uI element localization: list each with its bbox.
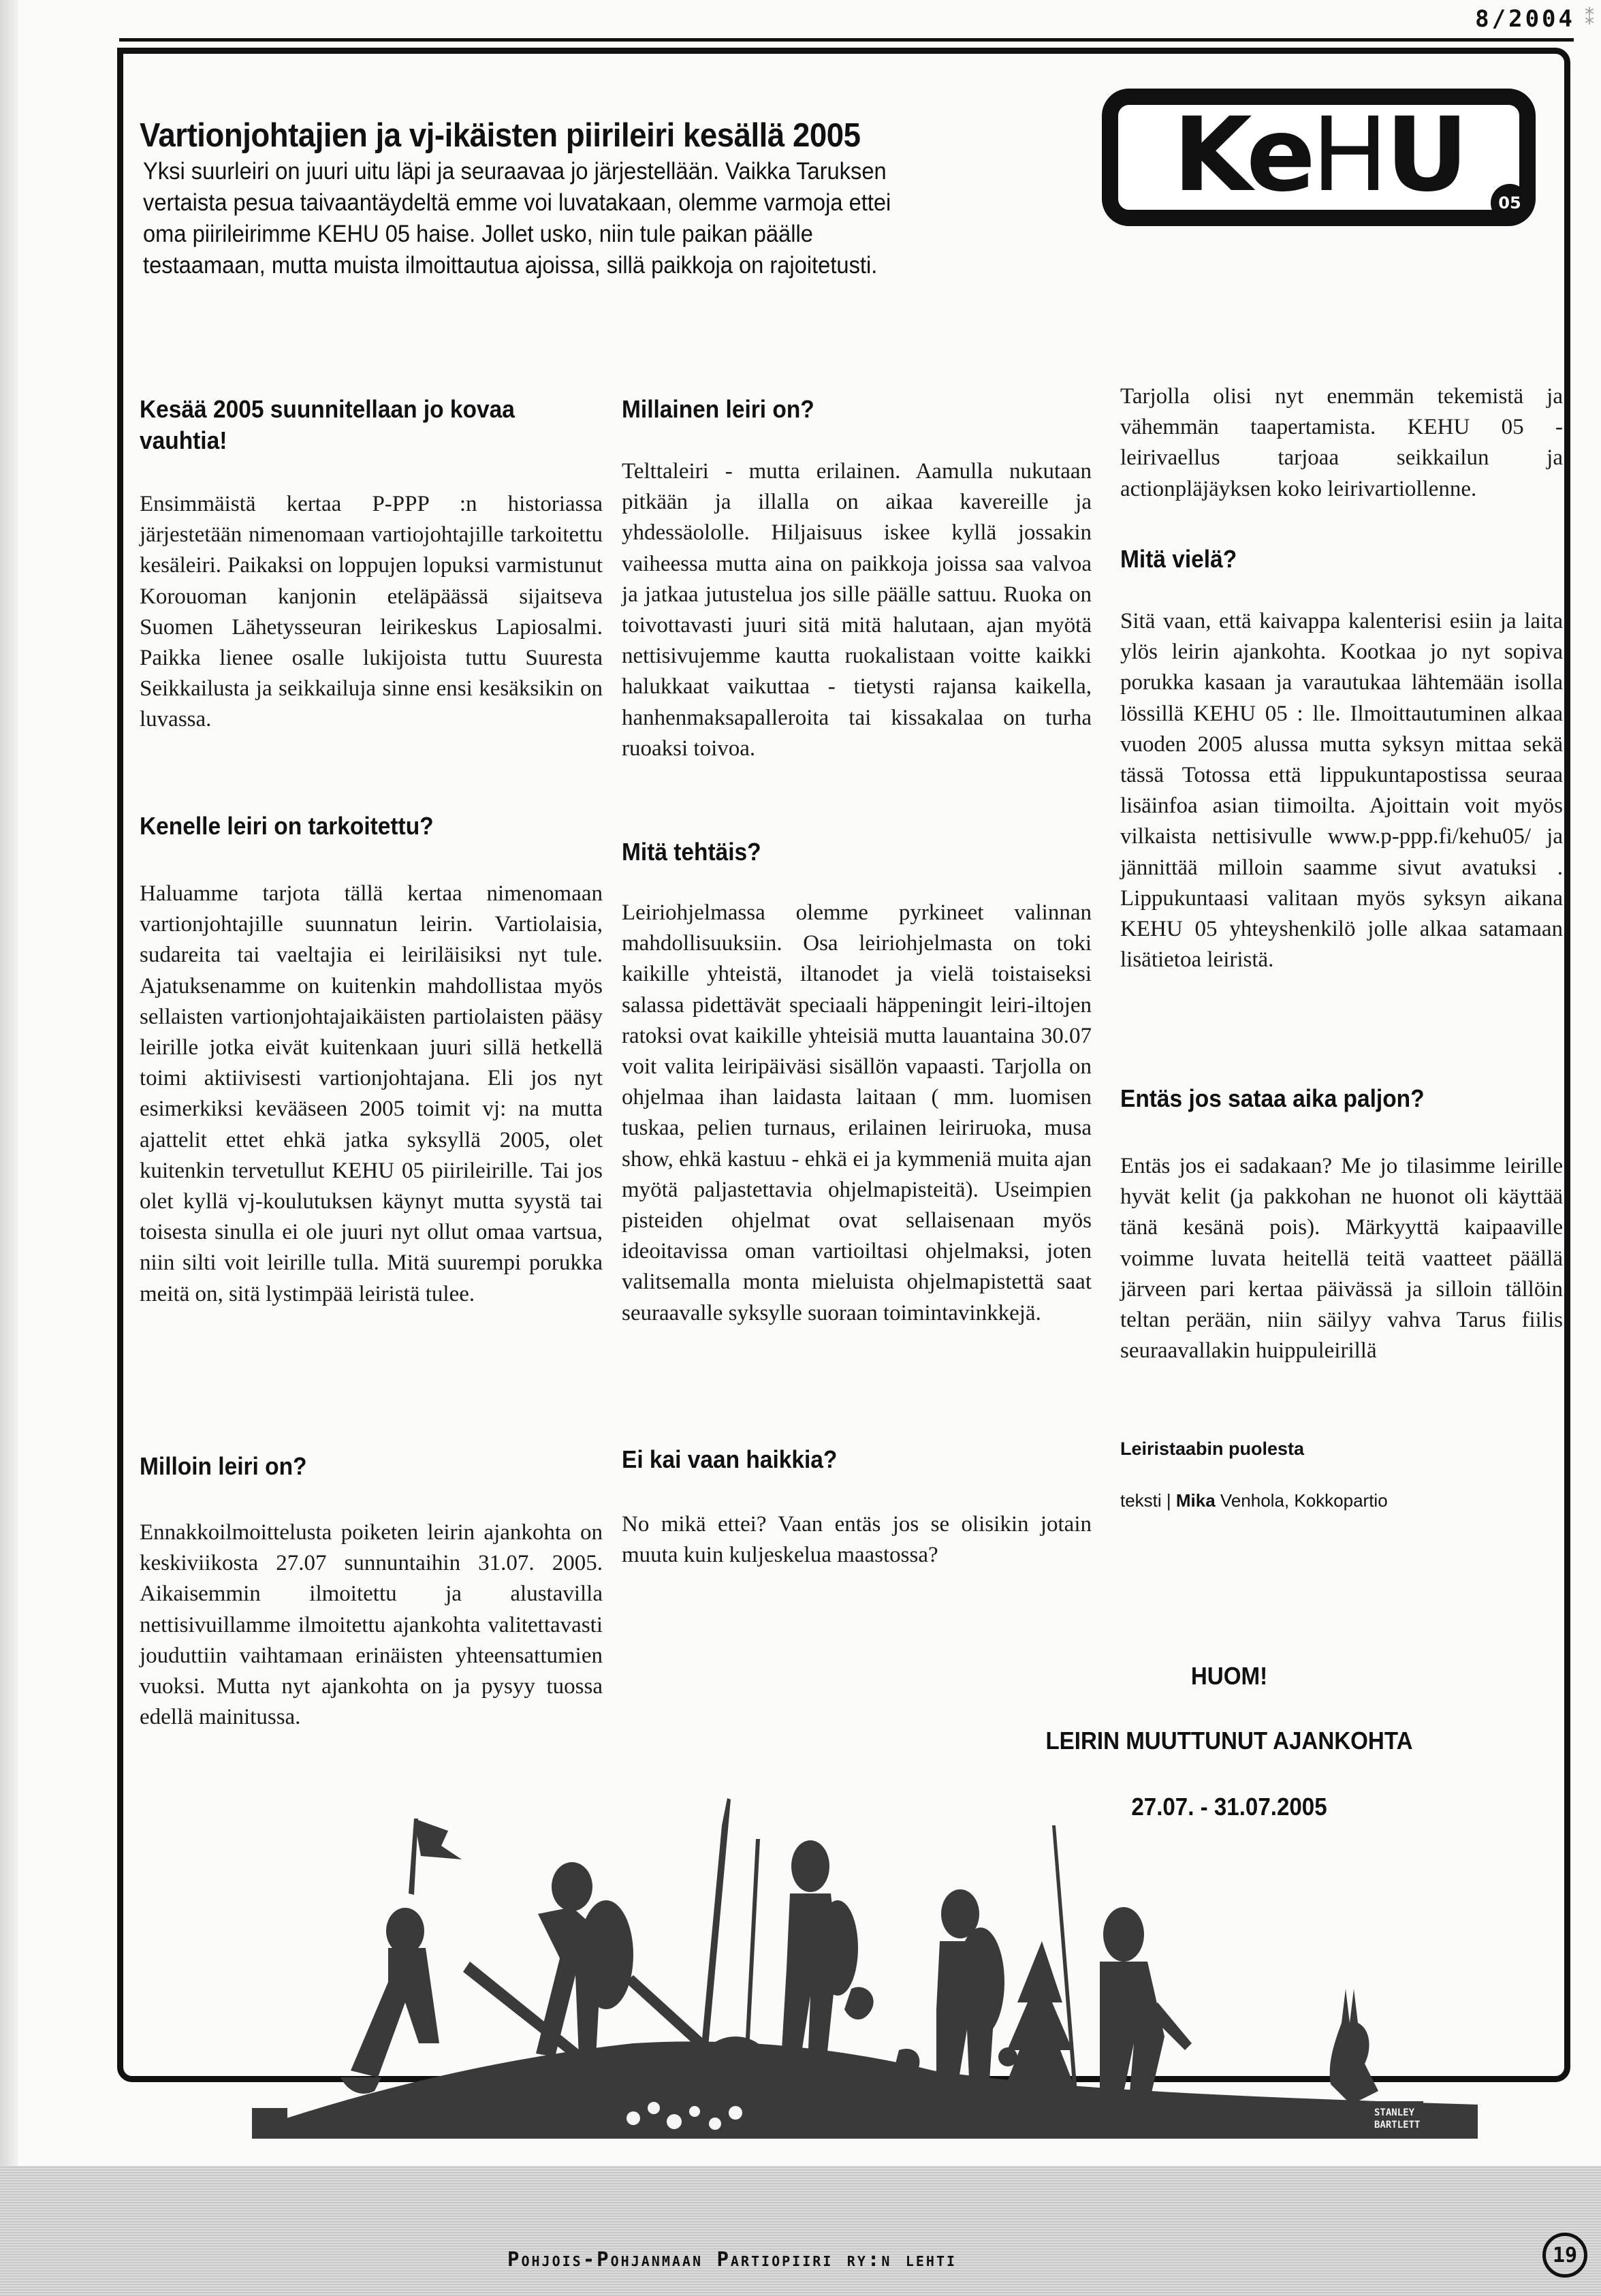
lead-text: Yksi suurleiri on juuri uitu läpi ja seu… — [143, 155, 932, 281]
scouts-silhouette-illustration: STANLEY BARTLETT — [252, 1798, 1491, 2139]
section-paragraph: Tarjolla olisi nyt enemmän tekemistä ja … — [1120, 381, 1563, 505]
artist-signature-line2: BARTLETT — [1374, 2120, 1420, 2130]
section-body: Sitä vaan, että kaivappa kalenterisi esi… — [1120, 606, 1563, 975]
section-paragraph: Ensimmäistä kertaa P-PPP :n historiassa … — [140, 489, 603, 736]
section-body: Ennakkoilmoittelusta poiketen leirin aja… — [140, 1517, 603, 1733]
article-title: Vartionjohtajien ja vj-ikäisten piirilei… — [140, 116, 860, 155]
section-body: Telttaleiri - mutta erilainen. Aamulla n… — [622, 456, 1092, 764]
section-paragraph: Ennakkoilmoittelusta poiketen leirin aja… — [140, 1517, 603, 1733]
section-body: No mikä ettei? Vaan entäs jos se olisiki… — [622, 1509, 1092, 1571]
footer-band — [0, 2166, 1601, 2296]
kehu-logo-text: KeHU — [1173, 104, 1465, 206]
section-heading: Millainen leiri on? — [622, 394, 814, 425]
page-number: 19 — [1542, 2233, 1587, 2278]
top-rule — [119, 38, 1574, 42]
frame-corner-block — [252, 2108, 287, 2139]
section-heading: Mitä tehtäis? — [622, 836, 761, 868]
notice-changed-date: LEIRIN MUUTTUNUT AJANKOHTA — [972, 1727, 1486, 1755]
section-paragraph: Haluamme tarjota tällä kertaa nimenomaan… — [140, 879, 603, 1310]
logo-h: H — [1312, 96, 1386, 215]
magazine-mark-icon: ⁑ — [1585, 7, 1601, 29]
section-body: Entäs jos ei sadakaan? Me jo tilasimme l… — [1120, 1151, 1563, 1366]
logo-year-badge: 05 — [1491, 184, 1529, 222]
section-body: Tarjolla olisi nyt enemmän tekemistä ja … — [1120, 381, 1563, 505]
section-heading: Entäs jos sataa aika paljon? — [1120, 1083, 1425, 1114]
logo-ke: Ke — [1173, 96, 1312, 215]
logo-u: U — [1386, 96, 1465, 215]
section-body: Ensimmäistä kertaa P-PPP :n historiassa … — [140, 489, 603, 736]
section-body: Leiriohjelmassa olemme pyrkineet valinna… — [622, 898, 1092, 1329]
section-paragraph: Leiriohjelmassa olemme pyrkineet valinna… — [622, 898, 1092, 1329]
section-heading: Kenelle leiri on tarkoitettu? — [140, 811, 434, 842]
author-rest: Venhola, Kokkopartio — [1216, 1490, 1388, 1511]
section-body: Haluamme tarjota tällä kertaa nimenomaan… — [140, 879, 603, 1310]
signature-heading: Leiristaabin puolesta — [1120, 1438, 1304, 1460]
issue-number: 8/2004 — [1475, 5, 1575, 33]
article-lead: Yksi suurleiri on juuri uitu läpi ja seu… — [143, 155, 932, 281]
byline: teksti | Mika Venhola, Kokkopartio — [1120, 1490, 1388, 1511]
section-paragraph: Sitä vaan, että kaivappa kalenterisi esi… — [1120, 606, 1563, 975]
page-spine-shadow — [0, 0, 18, 2296]
section-heading: Milloin leiri on? — [140, 1451, 307, 1482]
section-heading: Ei kai vaan haikkia? — [622, 1444, 837, 1475]
author-first-name: Mika — [1176, 1490, 1216, 1511]
section-heading: Mitä vielä? — [1120, 544, 1237, 575]
byline-prefix: teksti | — [1120, 1490, 1176, 1511]
publication-name: Pohjois-Pohjanmaan Partiopiiri ry:n leht… — [507, 2248, 957, 2271]
section-paragraph: Entäs jos ei sadakaan? Me jo tilasimme l… — [1120, 1151, 1563, 1366]
kehu-logo: KeHU 05 — [1102, 89, 1536, 226]
frame-corner-block — [1433, 2108, 1461, 2139]
section-paragraph: No mikä ettei? Vaan entäs jos se olisiki… — [622, 1509, 1092, 1571]
artist-signature-line1: STANLEY — [1374, 2107, 1415, 2118]
notice-huom: HUOM! — [972, 1662, 1486, 1690]
section-heading: Kesää 2005 suunnitellaan jo kovaa vauhti… — [140, 394, 583, 456]
section-paragraph: Telttaleiri - mutta erilainen. Aamulla n… — [622, 456, 1092, 764]
